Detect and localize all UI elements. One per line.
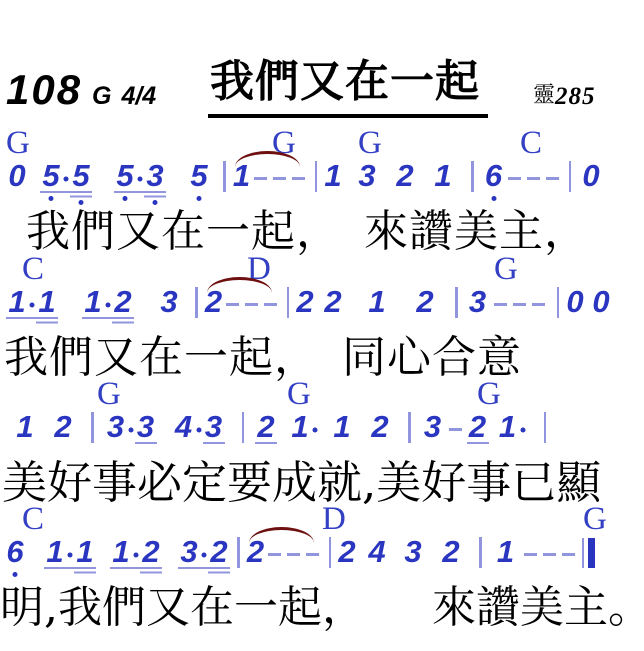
- note-digit: 3: [160, 284, 178, 320]
- spacer: [94, 534, 112, 570]
- note-digit: 3: [107, 409, 125, 445]
- note-digit: 3: [205, 409, 223, 445]
- spacer: [529, 409, 539, 445]
- music-system-2: CDG 1112322212300 我們又在一起， 同心合意: [0, 254, 644, 382]
- note-digit: 2: [296, 284, 314, 320]
- barline: [242, 412, 245, 443]
- barline: [329, 537, 332, 568]
- note-digit: 4: [368, 534, 386, 570]
- spacer: [548, 284, 552, 320]
- low-octave-dot: [13, 572, 18, 577]
- note-digit: 2: [210, 534, 228, 570]
- augmentation-dot: [125, 409, 137, 445]
- key-time-signature: G4/4: [92, 82, 156, 111]
- duration-dash: [531, 284, 546, 320]
- duration-dash: [523, 534, 538, 570]
- note-digit: 2: [416, 284, 434, 320]
- note-digit: 2: [205, 284, 223, 320]
- spacer: [356, 534, 368, 570]
- rest-note: 0: [566, 284, 584, 320]
- spacer: [90, 158, 116, 194]
- duration-dash: [561, 534, 576, 570]
- barline: [237, 537, 240, 568]
- music-system-4: CDG 6111232224321 明,我們又在一起， 來讚美主。: [0, 504, 644, 632]
- spacer: [322, 534, 324, 570]
- spacer: [132, 284, 160, 320]
- augmentation-dot: [64, 534, 76, 570]
- note-digit: 2: [114, 284, 132, 320]
- spacer: [376, 158, 396, 194]
- barline: [223, 161, 226, 192]
- spacer: [386, 534, 404, 570]
- barline: [287, 287, 290, 318]
- spacer: [160, 534, 180, 570]
- note-digit: 3: [146, 158, 164, 194]
- song-title: 我們又在一起: [208, 58, 488, 118]
- note-digit: 5: [72, 158, 90, 194]
- music-system-3: GGG 1233432112321 美好事必定要成就,美好事已顯: [0, 379, 644, 508]
- augmentation-dot: [130, 534, 142, 570]
- augmentation-dot: [134, 158, 146, 194]
- lyrics-line: 我們又在一起， 來讚美主，: [0, 207, 644, 256]
- duration-dash: [545, 158, 560, 194]
- chord-symbol: G: [477, 379, 501, 409]
- chord-symbol: G: [287, 379, 311, 409]
- spacer: [314, 284, 324, 320]
- duration-dash: [493, 284, 508, 320]
- duration-dash: [253, 158, 268, 194]
- spacer: [164, 158, 190, 194]
- note-digit: 1: [76, 534, 94, 570]
- spacer: [280, 284, 282, 320]
- note-digit: 2: [142, 534, 160, 570]
- barline: [569, 161, 572, 192]
- barline: [315, 161, 318, 192]
- final-double-barline: [582, 537, 595, 570]
- spacer: [351, 409, 371, 445]
- note-digit: 3: [404, 534, 422, 570]
- note-digit: 3: [358, 158, 376, 194]
- duration-dash: [507, 158, 522, 194]
- rest-note: 0: [582, 158, 600, 194]
- chord-row: GGGC: [0, 128, 644, 158]
- chord-symbol: G: [494, 254, 518, 284]
- spacer: [342, 284, 368, 320]
- augmentation-dot: [102, 284, 114, 320]
- hymnal-reference: 靈285: [533, 78, 596, 111]
- note-digit: 2: [247, 534, 265, 570]
- note-digit: 1: [368, 284, 386, 320]
- lyrics-line: 我們又在一起， 同心合意: [0, 333, 644, 382]
- notes-row: 1233432112321: [0, 409, 644, 451]
- augmentation-dot: [309, 409, 321, 445]
- spacer: [56, 284, 84, 320]
- time-signature: 4/4: [121, 82, 156, 110]
- barline: [544, 412, 547, 443]
- note-digit: 4: [175, 409, 193, 445]
- spacer: [414, 158, 434, 194]
- note-digit: 1: [291, 409, 309, 445]
- spacer: [389, 409, 403, 445]
- chord-row: CDG: [0, 254, 644, 284]
- chord-symbol: C: [22, 254, 44, 284]
- note-digit: 5: [42, 158, 60, 194]
- duration-dash: [225, 284, 240, 320]
- spacer: [26, 158, 42, 194]
- barline: [557, 287, 560, 318]
- note-digit: 1: [434, 158, 452, 194]
- note-digit: 3: [137, 409, 155, 445]
- chord-symbol: G: [6, 128, 30, 158]
- note-digit: 5: [190, 158, 208, 194]
- spacer: [208, 158, 218, 194]
- low-octave-dot: [197, 196, 202, 201]
- note-digit: 3: [469, 284, 487, 320]
- hymnal-reference-prefix: 靈: [533, 83, 555, 108]
- augmentation-dot: [193, 409, 205, 445]
- song-number: 108: [6, 66, 82, 114]
- duration-dash: [448, 409, 463, 445]
- spacer: [487, 409, 499, 445]
- note-digit: 2: [324, 284, 342, 320]
- chord-row: CDG: [0, 504, 644, 534]
- note-digit: 3: [180, 534, 198, 570]
- augmentation-dot: [60, 158, 72, 194]
- duration-dash: [272, 158, 287, 194]
- spacer: [249, 409, 257, 445]
- chord-row: GGG: [0, 379, 644, 409]
- spacer: [178, 284, 190, 320]
- low-octave-dot: [123, 196, 128, 201]
- duration-dash: [512, 284, 527, 320]
- barline: [195, 287, 198, 318]
- note-digit: 1: [8, 284, 26, 320]
- note-digit: 6: [485, 158, 503, 194]
- spacer: [434, 284, 450, 320]
- note-digit: 1: [233, 158, 251, 194]
- note-digit: 3: [424, 409, 442, 445]
- chord-symbol: C: [22, 504, 44, 534]
- spacer: [275, 409, 291, 445]
- augmentation-dot: [26, 284, 38, 320]
- barline: [408, 412, 411, 443]
- spacer: [452, 158, 466, 194]
- rest-note: 0: [8, 158, 26, 194]
- duration-dash: [526, 158, 541, 194]
- chord-symbol: G: [97, 379, 121, 409]
- lyrics-line: 明,我們又在一起， 來讚美主。: [0, 583, 644, 632]
- music-system-1: GGGC 0555351132160 我們又在一起， 來讚美主，: [0, 128, 644, 256]
- duration-dash: [291, 158, 306, 194]
- spacer: [422, 534, 442, 570]
- spacer: [503, 158, 505, 194]
- spacer: [487, 284, 491, 320]
- spacer: [515, 534, 521, 570]
- notes-row: 0555351132160: [0, 158, 644, 200]
- duration-dash: [305, 534, 320, 570]
- duration-dash: [244, 284, 259, 320]
- augmentation-dot: [517, 409, 529, 445]
- duration-dash: [286, 534, 301, 570]
- spacer: [386, 284, 416, 320]
- note-digit: 2: [257, 409, 275, 445]
- low-octave-dot: [153, 200, 158, 205]
- note-digit: 6: [6, 534, 24, 570]
- notes-row: 1112322212300: [0, 284, 644, 326]
- tie-group: 1: [233, 158, 308, 194]
- chord-symbol: G: [583, 504, 607, 534]
- note-digit: 1: [46, 534, 64, 570]
- tie-group: 2: [247, 534, 322, 570]
- spacer: [487, 534, 497, 570]
- barline: [471, 161, 474, 192]
- note-digit: 2: [469, 409, 487, 445]
- barline: [91, 412, 94, 443]
- rest-note: 0: [592, 284, 610, 320]
- duration-dash: [263, 284, 278, 320]
- key-label: G: [92, 82, 111, 110]
- duration-dash: [267, 534, 282, 570]
- spacer: [34, 409, 54, 445]
- note-digit: 1: [333, 409, 351, 445]
- note-digit: 1: [16, 409, 34, 445]
- spacer: [308, 158, 310, 194]
- spacer: [321, 409, 333, 445]
- chord-symbol: C: [520, 128, 542, 158]
- note-digit: 2: [371, 409, 389, 445]
- spacer: [342, 158, 358, 194]
- note-digit: 2: [442, 534, 460, 570]
- notes-row: 6111232224321: [0, 534, 644, 576]
- low-octave-dot: [49, 196, 54, 201]
- tie-group: 2: [205, 284, 280, 320]
- chord-symbol: G: [358, 128, 382, 158]
- spacer: [228, 534, 232, 570]
- low-octave-dot: [491, 196, 496, 201]
- note-digit: 2: [54, 409, 72, 445]
- barline: [455, 287, 458, 318]
- duration-dash: [542, 534, 557, 570]
- spacer: [584, 284, 592, 320]
- low-octave-dot: [79, 200, 84, 205]
- spacer: [442, 409, 446, 445]
- note-digit: 1: [84, 284, 102, 320]
- hymnal-reference-number: 285: [555, 83, 596, 110]
- augmentation-dot: [198, 534, 210, 570]
- spacer: [460, 534, 474, 570]
- spacer: [72, 409, 86, 445]
- header: 108 G4/4 我們又在一起 靈285: [0, 58, 644, 124]
- note-digit: 2: [338, 534, 356, 570]
- chord-symbol: D: [322, 504, 346, 534]
- note-digit: 1: [499, 409, 517, 445]
- note-digit: 5: [116, 158, 134, 194]
- note-digit: 2: [396, 158, 414, 194]
- note-digit: 1: [38, 284, 56, 320]
- note-digit: 1: [497, 534, 515, 570]
- note-digit: 1: [112, 534, 130, 570]
- barline: [479, 537, 482, 568]
- spacer: [562, 158, 564, 194]
- spacer: [24, 534, 46, 570]
- spacer: [416, 409, 424, 445]
- spacer: [155, 409, 175, 445]
- note-digit: 1: [324, 158, 342, 194]
- spacer: [223, 409, 237, 445]
- spacer: [99, 409, 107, 445]
